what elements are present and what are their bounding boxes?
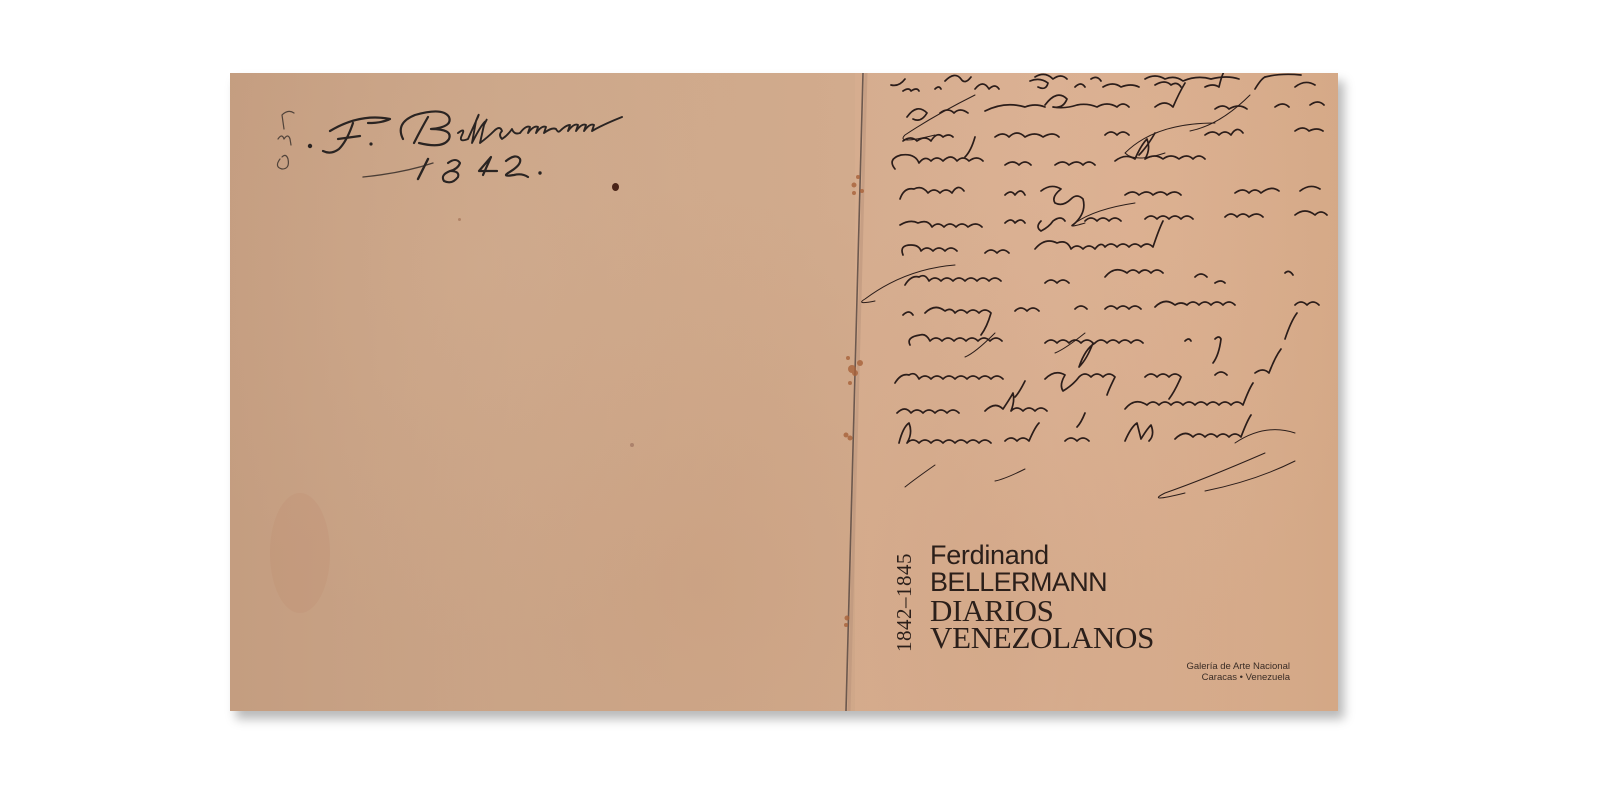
- stain: [630, 443, 634, 447]
- title-surname: BELLERMANN: [930, 569, 1107, 596]
- ink-spot: [612, 183, 619, 191]
- handwritten-manuscript: [855, 73, 1338, 543]
- publisher-location: Caracas • Venezuela: [1186, 672, 1290, 683]
- stain: [458, 218, 461, 221]
- title-first-name: Ferdinand: [930, 542, 1049, 569]
- stain: [270, 493, 330, 613]
- publisher-name: Galería de Arte Nacional: [1186, 661, 1290, 672]
- book-spread: F. Bellermann 1842. Galería de Arte Naci…: [230, 73, 1338, 711]
- publisher-credit: Galería de Arte Nacional Caracas • Venez…: [1186, 661, 1290, 683]
- left-page: F. Bellermann 1842.: [230, 73, 855, 711]
- title-venezolanos: VENEZOLANOS: [930, 622, 1154, 653]
- date-range: 1842–1845: [892, 553, 917, 652]
